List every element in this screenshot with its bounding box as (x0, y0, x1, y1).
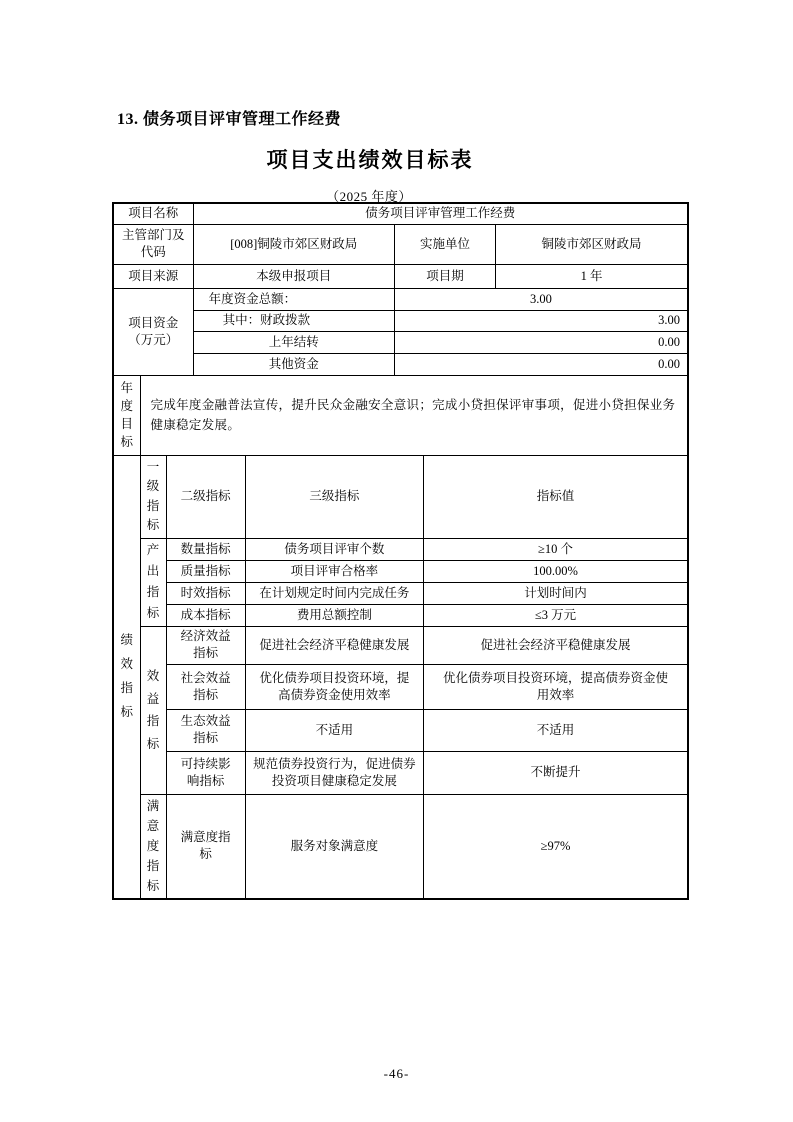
satisfaction-group-label-text: 满意度指标 (147, 796, 160, 896)
row-funding-total: 项目资金 （万元） 年度资金总额： 3.00 (113, 288, 688, 310)
indicator-l2: 数量指标 (166, 538, 245, 560)
annual-goal-text: 完成年度金融普法宣传，提升民众金融安全意识；完成小贷担保评审事项，促进小贷担保业… (140, 375, 688, 455)
benefit-group-label-text: 效益指标 (147, 665, 160, 755)
row-funding-carryover: 上年结转 0.00 (113, 331, 688, 353)
row-funding-fiscal: 其中：财政拨款 3.00 (113, 310, 688, 331)
row-indicator-header: 绩效指标 一级指标 二级指标 三级指标 指标值 (113, 455, 688, 538)
period-label: 项目期 (394, 264, 495, 288)
indicator-l3: 费用总额控制 (245, 604, 423, 626)
indicator-value: ≥97% (423, 794, 688, 899)
indicator-l3: 促进社会经济平稳健康发展 (245, 626, 423, 664)
indicator-l3: 债务项目评审个数 (245, 538, 423, 560)
funding-other-label: 其他资金 (193, 353, 394, 375)
performance-section-label: 绩效指标 (113, 455, 140, 899)
indicator-l3: 不适用 (245, 709, 423, 751)
indicator-l2: 时效指标 (166, 582, 245, 604)
dept-value: [008]铜陵市郊区财政局 (193, 224, 394, 264)
row-funding-other: 其他资金 0.00 (113, 353, 688, 375)
source-value: 本级申报项目 (193, 264, 394, 288)
funding-carryover-value: 0.00 (394, 331, 688, 353)
output-group-label-text: 产出指标 (147, 540, 160, 625)
indicator-value: 计划时间内 (423, 582, 688, 604)
dept-label: 主管部门及 代码 (113, 224, 193, 264)
indicator-l2: 经济效益 指标 (166, 626, 245, 664)
indicator-value: 促进社会经济平稳健康发展 (423, 626, 688, 664)
indicator-l3: 服务对象满意度 (245, 794, 423, 899)
satisfaction-group-label: 满意度指标 (140, 794, 166, 899)
source-label: 项目来源 (113, 264, 193, 288)
row-source: 项目来源 本级申报项目 项目期 1 年 (113, 264, 688, 288)
row-output-timeliness: 时效指标 在计划规定时间内完成任务 计划时间内 (113, 582, 688, 604)
indicator-value: 100.00% (423, 560, 688, 582)
annual-goal-label: 年度目标 (113, 375, 140, 455)
funding-fiscal-label: 其中：财政拨款 (193, 310, 394, 331)
row-benefit-ecological: 生态效益 指标 不适用 不适用 (113, 709, 688, 751)
performance-target-table: 项目名称 债务项目评审管理工作经费 主管部门及 代码 [008]铜陵市郊区财政局… (112, 202, 689, 900)
indicator-l2: 可持续影 响指标 (166, 751, 245, 794)
indicator-value: ≥10 个 (423, 538, 688, 560)
period-value: 1 年 (496, 264, 688, 288)
indicator-l2: 质量指标 (166, 560, 245, 582)
funding-fiscal-value: 3.00 (394, 310, 688, 331)
row-department: 主管部门及 代码 [008]铜陵市郊区财政局 实施单位 铜陵市郊区财政局 (113, 224, 688, 264)
funding-carryover-label: 上年结转 (193, 331, 394, 353)
page-title: 项目支出绩效目标表 (0, 144, 740, 174)
header-level1-text: 一级指标 (147, 458, 160, 536)
indicator-l2: 生态效益 指标 (166, 709, 245, 751)
indicator-l3: 在计划规定时间内完成任务 (245, 582, 423, 604)
row-output-quantity: 产出指标 数量指标 债务项目评审个数 ≥10 个 (113, 538, 688, 560)
header-level1: 一级指标 (140, 455, 166, 538)
row-satisfaction: 满意度指标 满意度指 标 服务对象满意度 ≥97% (113, 794, 688, 899)
indicator-l3: 优化债券项目投资环境，提 高债券资金使用效率 (245, 664, 423, 709)
row-benefit-economic: 效益指标 经济效益 指标 促进社会经济平稳健康发展 促进社会经济平稳健康发展 (113, 626, 688, 664)
row-output-cost: 成本指标 费用总额控制 ≤3 万元 (113, 604, 688, 626)
benefit-group-label: 效益指标 (140, 626, 166, 794)
indicator-l2: 满意度指 标 (166, 794, 245, 899)
indicator-value: 不断提升 (423, 751, 688, 794)
row-project-name: 项目名称 债务项目评审管理工作经费 (113, 203, 688, 224)
section-heading: 13. 债务项目评审管理工作经费 (117, 106, 341, 129)
project-name-value: 债务项目评审管理工作经费 (193, 203, 688, 224)
header-level2: 二级指标 (166, 455, 245, 538)
annual-goal-label-text: 年度目标 (121, 379, 134, 452)
indicator-l2: 成本指标 (166, 604, 245, 626)
indicator-value: 不适用 (423, 709, 688, 751)
header-level3: 三级指标 (245, 455, 423, 538)
funding-label: 项目资金 （万元） (113, 288, 193, 375)
funding-other-value: 0.00 (394, 353, 688, 375)
document-page: 13. 债务项目评审管理工作经费 项目支出绩效目标表 （2025 年度） 项目名… (0, 0, 793, 1122)
row-output-quality: 质量指标 项目评审合格率 100.00% (113, 560, 688, 582)
output-group-label: 产出指标 (140, 538, 166, 626)
impl-unit-value: 铜陵市郊区财政局 (496, 224, 688, 264)
project-name-label: 项目名称 (113, 203, 193, 224)
row-annual-goal: 年度目标 完成年度金融普法宣传，提升民众金融安全意识；完成小贷担保评审事项，促进… (113, 375, 688, 455)
funding-total-value: 3.00 (394, 288, 688, 310)
indicator-l3: 规范债券投资行为，促进债券 投资项目健康稳定发展 (245, 751, 423, 794)
funding-total-label: 年度资金总额： (193, 288, 394, 310)
indicator-value: 优化债券项目投资环境，提高债券资金使 用效率 (423, 664, 688, 709)
indicator-l2: 社会效益 指标 (166, 664, 245, 709)
indicator-l3: 项目评审合格率 (245, 560, 423, 582)
row-benefit-social: 社会效益 指标 优化债券项目投资环境，提 高债券资金使用效率 优化债券项目投资环… (113, 664, 688, 709)
impl-unit-label: 实施单位 (394, 224, 495, 264)
header-value: 指标值 (423, 455, 688, 538)
performance-section-label-text: 绩效指标 (121, 629, 134, 724)
row-benefit-sustainability: 可持续影 响指标 规范债券投资行为，促进债券 投资项目健康稳定发展 不断提升 (113, 751, 688, 794)
page-number: -46- (0, 1066, 793, 1082)
indicator-value: ≤3 万元 (423, 604, 688, 626)
